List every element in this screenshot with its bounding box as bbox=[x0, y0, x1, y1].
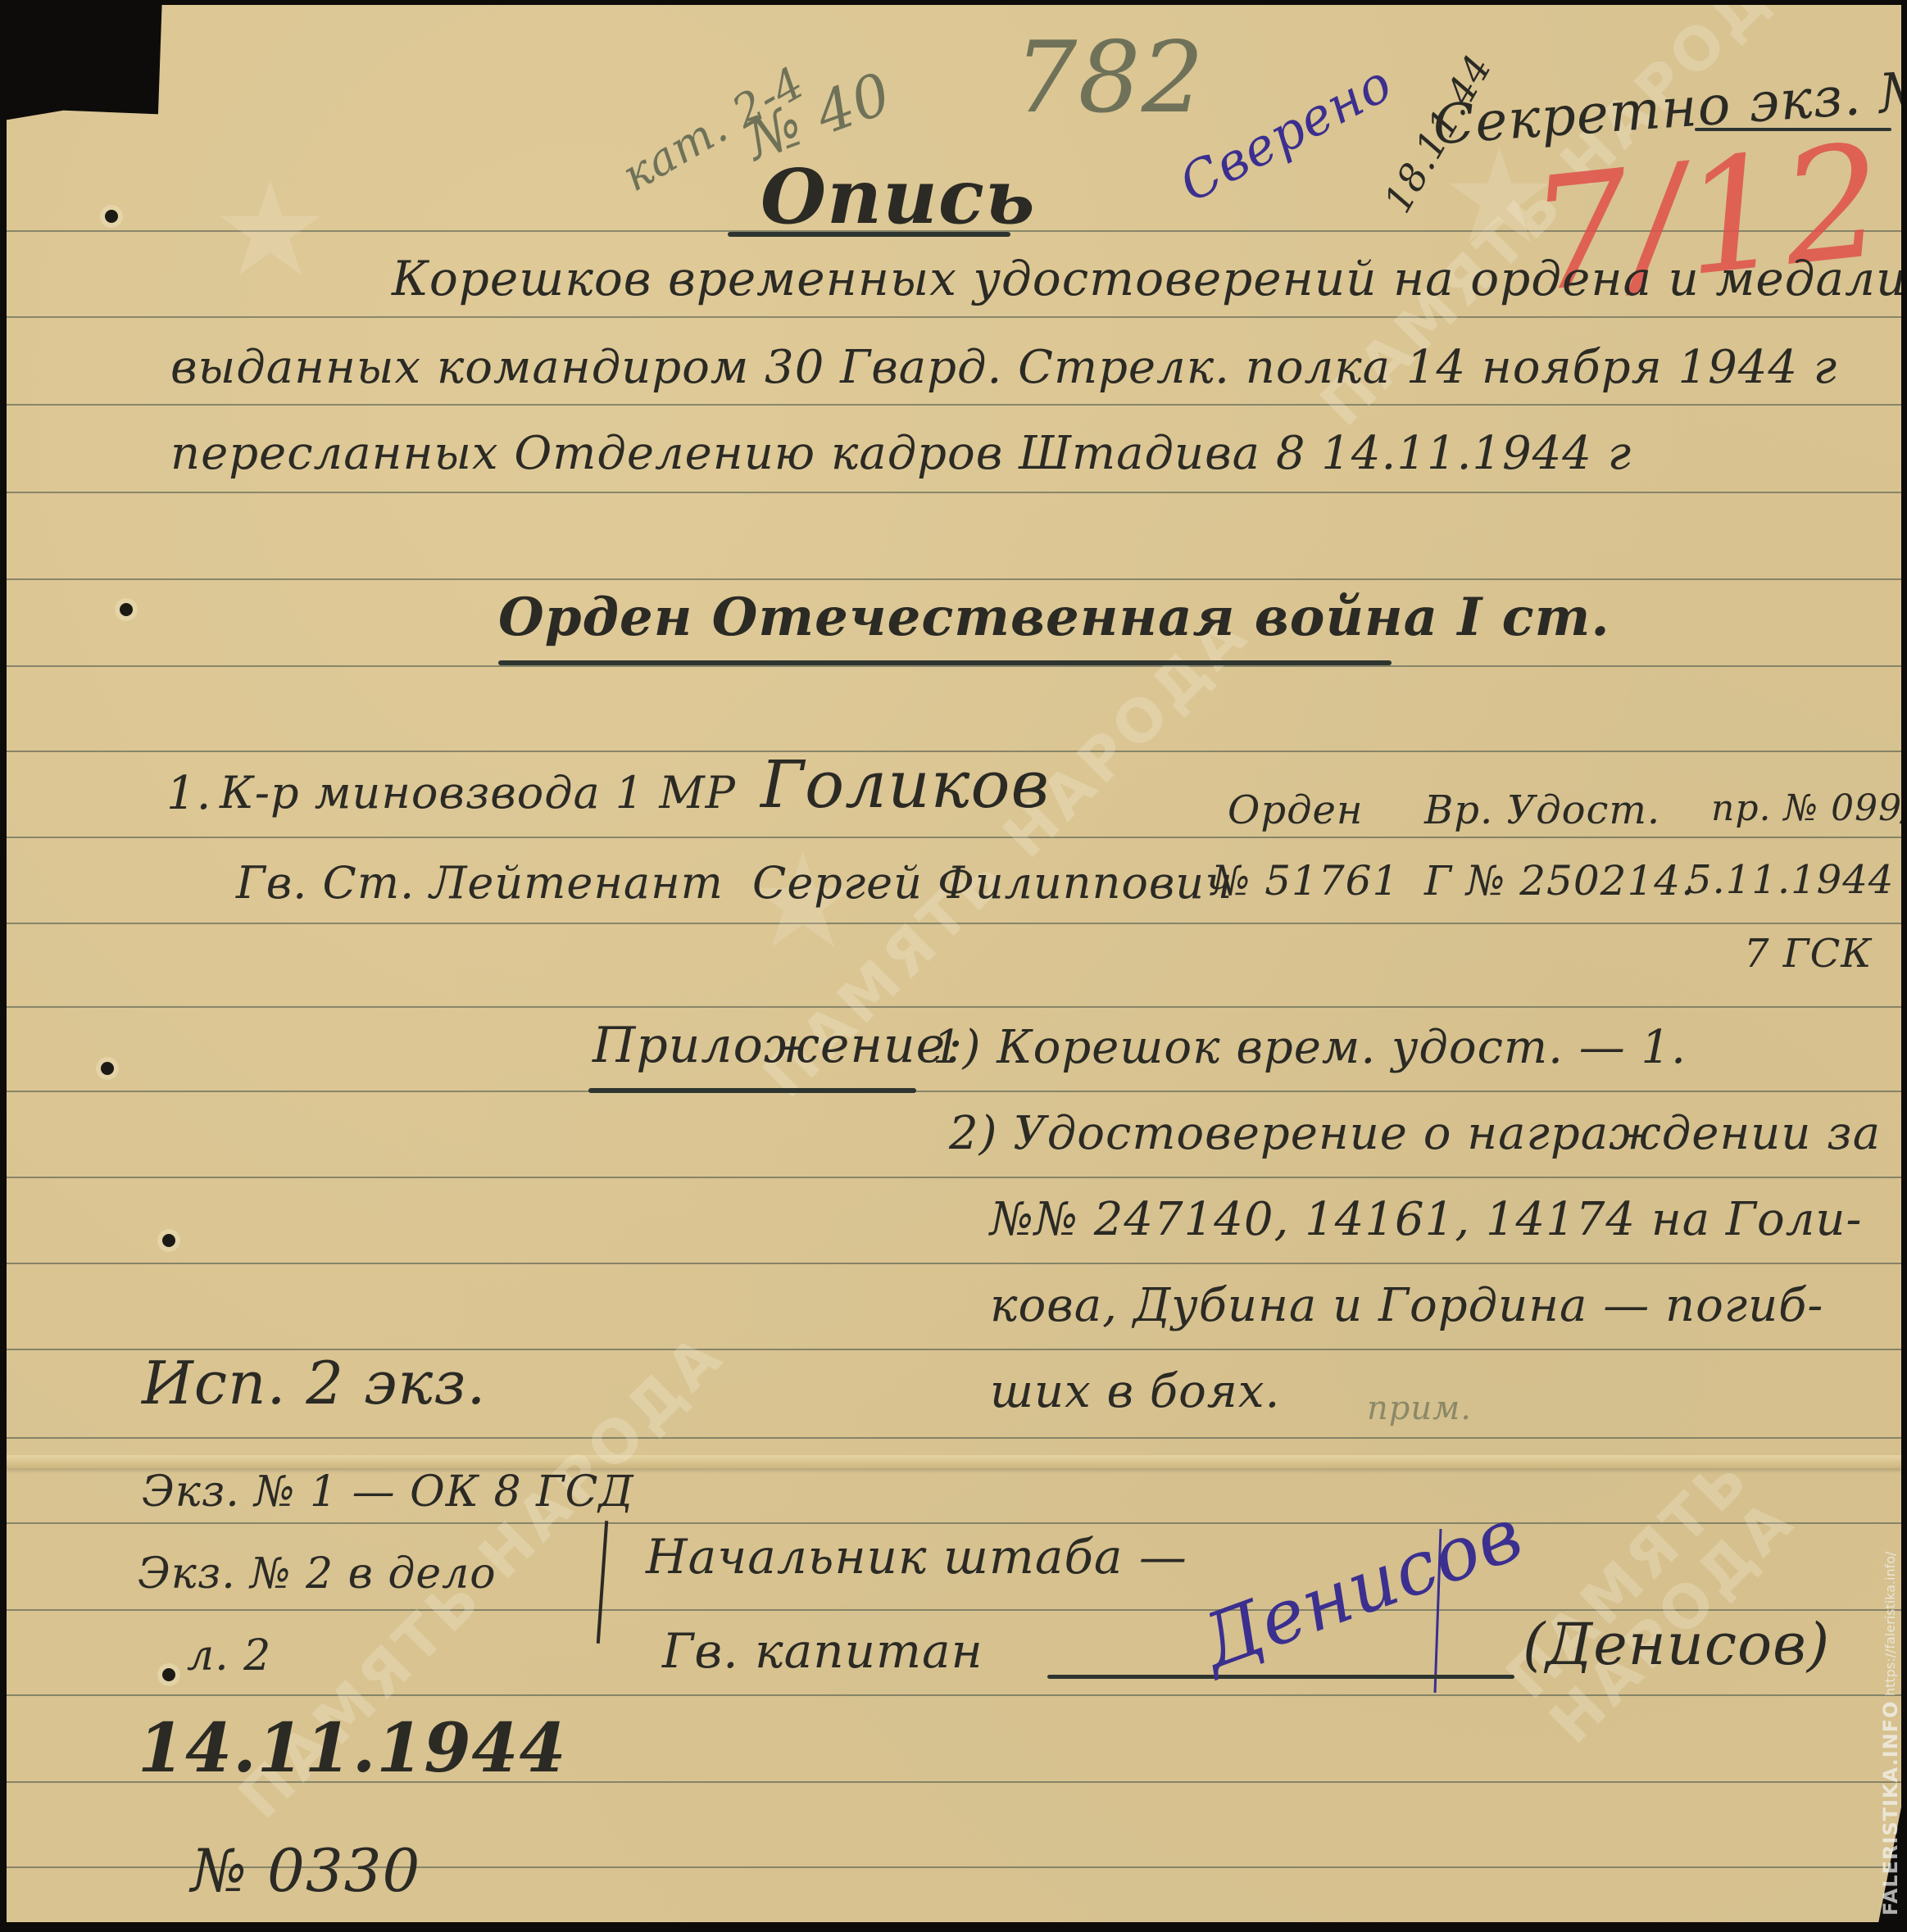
entry-name-patronymic: Сергей Филиппович bbox=[752, 857, 1233, 909]
intro-line-1: Корешков временных удостоверений на орде… bbox=[392, 251, 1901, 306]
archive-watermark: ПАМЯТЬ НАРОДА bbox=[1429, 1378, 1872, 1821]
attachment-item-2: 2) Удостоверение о награждении за bbox=[949, 1107, 1881, 1160]
ruled-line bbox=[7, 1522, 1901, 1524]
punch-hole bbox=[120, 603, 133, 616]
attachments-underline bbox=[588, 1088, 916, 1093]
scanned-document: ПАМЯТЬ НАРОДА ПАМЯТЬ НАРОДА ПАМЯТЬ НАРОД… bbox=[0, 0, 1907, 1932]
ruled-line bbox=[7, 578, 1901, 580]
entry-document-type: Вр. Удост. bbox=[1424, 787, 1660, 833]
entry-date: 5.11.1944 bbox=[1687, 857, 1894, 903]
site-watermark: FALERISTIKA.INFO https://faleristika.inf… bbox=[1879, 1552, 1902, 1916]
entry-number: 1. bbox=[166, 767, 211, 820]
ruled-line bbox=[7, 1437, 1901, 1439]
signatory-rank: Гв. капитан bbox=[662, 1623, 983, 1679]
attachment-faint-note: прим. bbox=[1367, 1390, 1472, 1427]
ruled-line bbox=[7, 1006, 1901, 1008]
ruled-line bbox=[7, 837, 1901, 838]
title-underline bbox=[728, 232, 1010, 237]
ruled-line bbox=[7, 1263, 1901, 1264]
punch-hole bbox=[162, 1234, 175, 1247]
attachment-item-5: ших в боях. bbox=[990, 1365, 1280, 1418]
punch-hole bbox=[162, 1668, 175, 1681]
copies-note: Исп. 2 экз. bbox=[142, 1349, 486, 1417]
heading-underline bbox=[498, 660, 1392, 665]
attachment-item-4: кова, Дубина и Гордина — погиб- bbox=[990, 1279, 1823, 1332]
ruled-line bbox=[7, 404, 1901, 406]
punch-hole bbox=[105, 210, 118, 223]
archive-number: 782 bbox=[1015, 21, 1205, 135]
handwritten-signature: Денисов bbox=[1190, 1490, 1533, 1685]
award-section-heading: Орден Отечественная война I ст. bbox=[498, 587, 1610, 648]
attachment-item-1: 1) Корешок врем. удост. — 1. bbox=[933, 1021, 1687, 1074]
entry-issuer: 7 ГСК bbox=[1744, 931, 1872, 977]
entry-certificate-number: Г № 250214. bbox=[1424, 857, 1695, 905]
entry-rank: Гв. Ст. Лейтенант bbox=[236, 857, 724, 909]
page-ref: л. 2 bbox=[187, 1631, 271, 1680]
attachments-label: Приложение: bbox=[593, 1017, 963, 1074]
entry-order-ref: пр. № 099/н bbox=[1711, 787, 1901, 829]
margin-date: 14.11.1944 bbox=[138, 1709, 567, 1788]
entry-surname: Голиков bbox=[761, 746, 1050, 823]
entry-award: Орден bbox=[1228, 787, 1364, 833]
registration-number: № 0330 bbox=[191, 1836, 420, 1905]
signatory-printed-name: (Денисов) bbox=[1523, 1611, 1830, 1678]
signature-bracket bbox=[597, 1521, 608, 1644]
signature-line bbox=[1047, 1675, 1514, 1679]
intro-line-2: выданных командиром 30 Гвард. Стрелк. по… bbox=[170, 341, 1837, 394]
intro-line-3: пересланных Отделению кадров Штадива 8 1… bbox=[170, 427, 1632, 480]
paper-fold bbox=[7, 1455, 1901, 1468]
attachment-item-3: №№ 247140, 14161, 14174 на Голи- bbox=[990, 1193, 1862, 1246]
copy-1-note: Экз. № 1 — ОК 8 ГСД bbox=[142, 1467, 634, 1517]
signatory-title: Начальник штаба — bbox=[646, 1529, 1187, 1585]
entry-position: К-р миновзвода 1 МР bbox=[220, 767, 736, 819]
entry-order-number: № 51761 bbox=[1211, 857, 1399, 905]
punch-hole bbox=[101, 1062, 114, 1075]
ruled-line bbox=[7, 492, 1901, 493]
ruled-line bbox=[7, 1177, 1901, 1178]
paper-sheet: ПАМЯТЬ НАРОДА ПАМЯТЬ НАРОДА ПАМЯТЬ НАРОД… bbox=[7, 5, 1901, 1922]
star-icon: ★ bbox=[211, 152, 329, 306]
copy-2-note: Экз. № 2 в дело bbox=[138, 1549, 497, 1599]
document-title: Опись bbox=[761, 152, 1036, 241]
ruled-line bbox=[7, 665, 1901, 667]
ruled-line bbox=[7, 1091, 1901, 1092]
